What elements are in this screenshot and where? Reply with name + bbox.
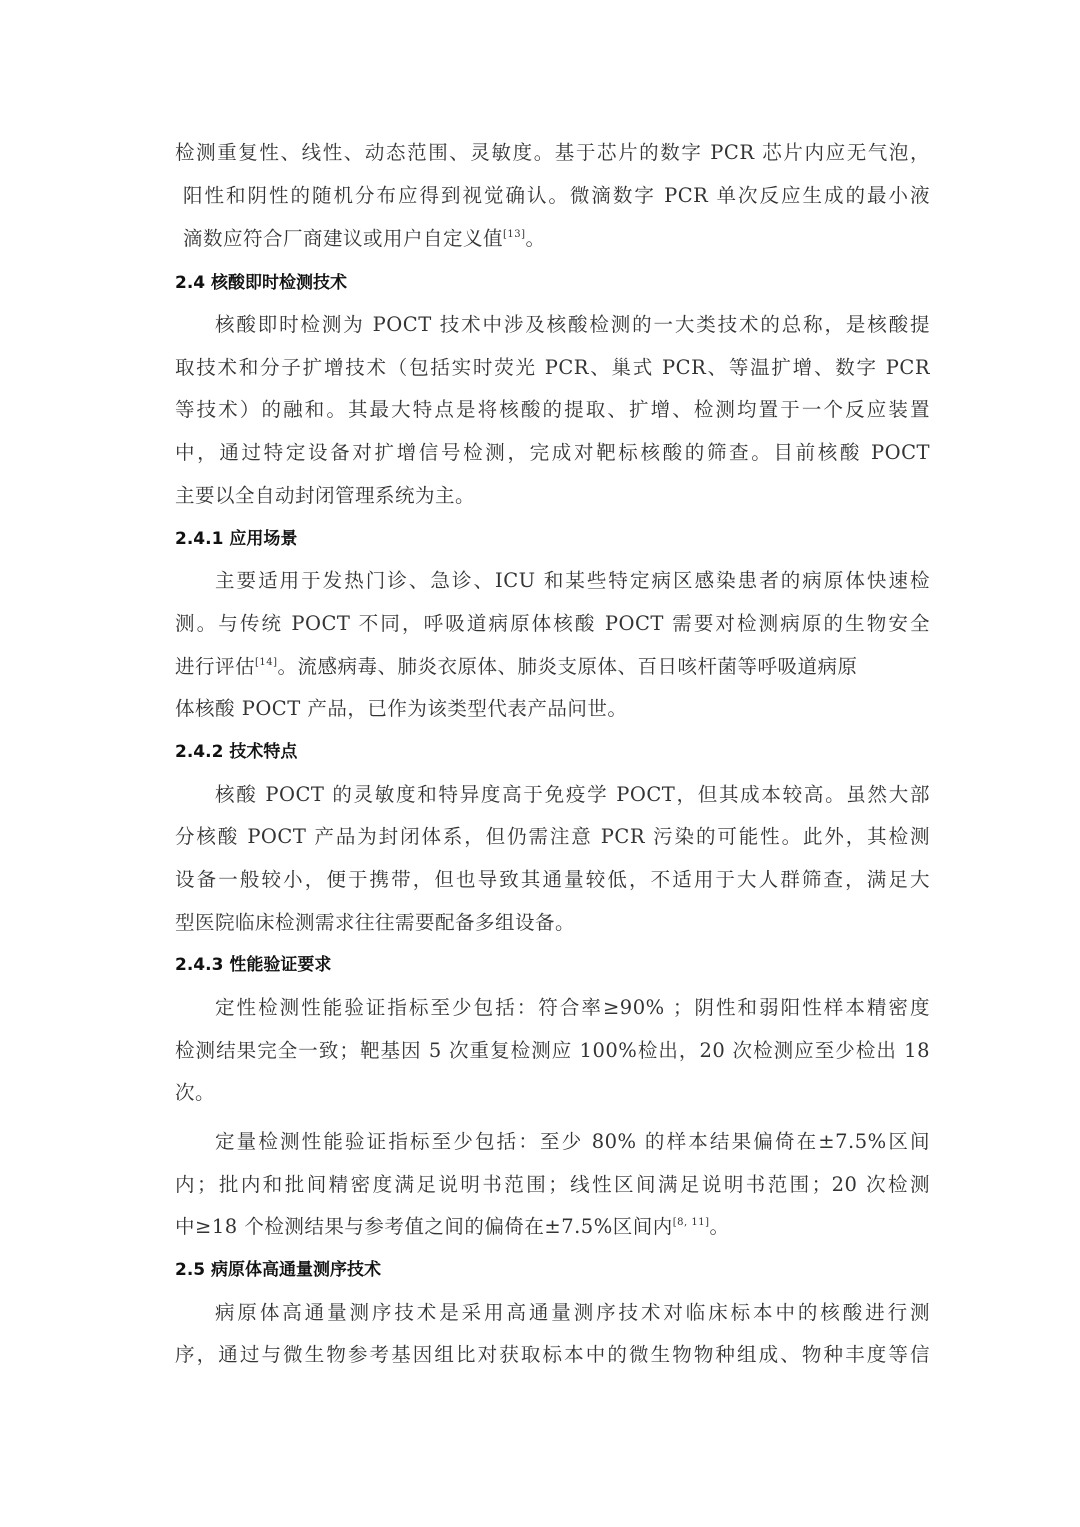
body-text-line: 滴数应符合厂商建议或用户自定义值[13]。 [183,227,938,251]
body-text-line: 体核酸 POCT 产品，已作为该类型代表产品问世。 [175,697,930,721]
body-text-line: 测。与传统 POCT 不同，呼吸道病原体核酸 POCT 需要对检测病原的生物安全 [175,612,930,636]
body-text-line: 内；批内和批间精密度满足说明书范围；线性区间满足说明书范围；20 次检测 [175,1173,930,1197]
text-run: 滴数应符合厂商建议或用户自定义值 [183,227,503,250]
section-heading: 2.4 核酸即时检测技术 [175,271,930,295]
document-page: 检测重复性、线性、动态范围、灵敏度。基于芯片的数字 PCR 芯片内应无气泡， 阳… [0,0,1080,1527]
body-text-line: 型医院临床检测需求往往需要配备多组设备。 [175,911,930,935]
body-text-line: 次。 [175,1081,930,1105]
body-text-line: 主要适用于发热门诊、急诊、ICU 和某些特定病区感染患者的病原体快速检 [215,569,930,593]
body-text-line: 检测重复性、线性、动态范围、灵敏度。基于芯片的数字 PCR 芯片内应无气泡， [175,141,930,165]
section-heading: 2.5 病原体高通量测序技术 [175,1258,930,1282]
body-text-line: 中≥18 个检测结果与参考值之间的偏倚在±7.5%区间内[8, 11]。 [175,1215,930,1239]
body-text-line: 核酸即时检测为 POCT 技术中涉及核酸检测的一大类技术的总称，是核酸提 [215,313,930,337]
text-run: 。 [526,227,546,250]
body-text-line: 中，通过特定设备对扩增信号检测，完成对靶标核酸的筛查。目前核酸 POCT [175,441,930,465]
body-text-line: 定性检测性能验证指标至少包括：符合率≥90% ；阴性和弱阳性样本精密度 [215,996,930,1020]
body-text-line: 等技术）的融和。其最大特点是将核酸的提取、扩增、检测均置于一个反应装置 [175,398,930,422]
text-run: 。流感病毒、肺炎衣原体、肺炎支原体、百日咳杆菌等呼吸道病原 [278,655,858,678]
body-text-line: 定量检测性能验证指标至少包括：至少 80% 的样本结果偏倚在±7.5%区间 [215,1130,930,1154]
body-text-line: 序，通过与微生物参考基因组比对获取标本中的微生物物种组成、物种丰度等信 [175,1343,930,1367]
body-text-line: 进行评估[14]。流感病毒、肺炎衣原体、肺炎支原体、百日咳杆菌等呼吸道病原 [175,655,930,679]
text-run: 中≥18 个检测结果与参考值之间的偏倚在±7.5%区间内 [175,1215,673,1238]
body-text-line: 分核酸 POCT 产品为封闭体系，但仍需注意 PCR 污染的可能性。此外，其检测 [175,825,930,849]
text-run: 进行评估 [175,655,255,678]
body-text-line: 取技术和分子扩增技术（包括实时荧光 PCR、巢式 PCR、等温扩增、数字 PCR [175,356,930,380]
body-text-line: 检测结果完全一致；靶基因 5 次重复检测应 100%检出，20 次检测应至少检出… [175,1039,930,1063]
body-text-line: 设备一般较小，便于携带，但也导致其通量较低，不适用于大人群筛查，满足大 [175,868,930,892]
body-text-line: 主要以全自动封闭管理系统为主。 [175,484,930,508]
citation-ref: [8, 11] [673,1217,710,1228]
body-text-line: 阳性和阴性的随机分布应得到视觉确认。微滴数字 PCR 单次反应生成的最小液 [183,184,930,208]
section-heading: 2.4.1 应用场景 [175,527,930,551]
text-run: 。 [709,1215,729,1238]
section-heading: 2.4.3 性能验证要求 [175,953,930,977]
body-text-line: 病原体高通量测序技术是采用高通量测序技术对临床标本中的核酸进行测 [215,1301,930,1325]
citation-ref: [13] [503,229,526,240]
body-text-line: 核酸 POCT 的灵敏度和特异度高于免疫学 POCT，但其成本较高。虽然大部 [215,783,930,807]
section-heading: 2.4.2 技术特点 [175,740,930,764]
citation-ref: [14] [255,657,278,668]
